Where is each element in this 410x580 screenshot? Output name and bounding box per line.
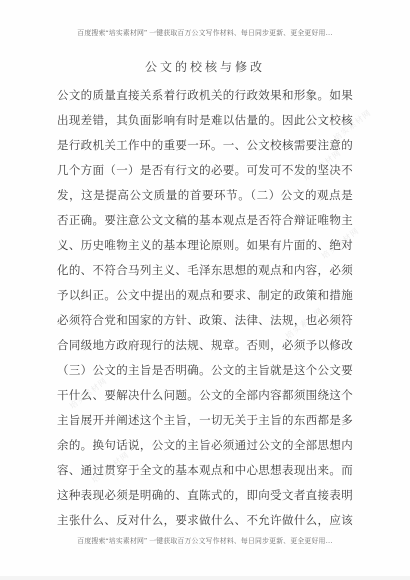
document-body: 公文的质量直接关系着行政机关的行政效果和形象。如果出现差错，其负面影响有时是难以… — [57, 84, 353, 534]
body-text-line: 主旨展开并阐述这个主旨，一切无关于主旨的东西都是多 — [57, 409, 353, 434]
body-text-line: 干什么、要解决什么问题。公文的全部内容都须围绕这个 — [57, 384, 353, 409]
body-text-line: 是行政机关工作中的重要一环。一、公文校核需要注意的 — [57, 134, 353, 159]
page-bottom-edge — [0, 576, 410, 580]
body-text-line: 出现差错，其负面影响有时是难以估量的。因此公文校核 — [57, 109, 353, 134]
body-text-line: 余的。换句话说，公文的主旨必须通过公文的全部思想内 — [57, 434, 353, 459]
body-text-line: 容、通过贯穿于全文的基本观点和中心思想表现出来。而 — [57, 459, 353, 484]
body-text-line: 合同级地方政府现行的法规、规章。否则，必须予以修改 — [57, 334, 353, 359]
footer-promo-text: 百度搜索“培实素材网” 一键获取百万公文写作材料、每日同步更新、更全更好用… — [60, 536, 350, 546]
body-text-line: 必须符合党和国家的方针、政策、法律、法规，也必须符 — [57, 309, 353, 334]
body-text-line: 公文的质量直接关系着行政机关的行政效果和形象。如果 — [57, 84, 353, 109]
header-promo-text: 百度搜索“培实素材网” 一键获取百万公文写作材料、每日同步更新、更全更好用… — [60, 28, 350, 38]
document-page: 百度搜索“培实素材网” 一键获取百万公文写作材料、每日同步更新、更全更好用… 培… — [0, 0, 410, 580]
body-text-line: 这种表现必须是明确的、直陈式的，即向受文者直接表明 — [57, 484, 353, 509]
body-text-line: 主张什么、反对什么，要求做什么、不允许做什么，应该 — [57, 509, 353, 534]
body-text-line: 否正确。要注意公文文稿的基本观点是否符合辩证唯物主 — [57, 209, 353, 234]
body-text-line: （三）公文的主旨是否明确。公文的主旨就是这个公文要 — [57, 359, 353, 384]
body-text-line: 义、历史唯物主义的基本理论原则。如果有片面的、绝对 — [57, 234, 353, 259]
page-title: 公文的校核与修改 — [0, 58, 410, 75]
body-text-line: 化的、不符合马列主义、毛泽东思想的观点和内容，必须 — [57, 259, 353, 284]
body-text-line: 几个方面（一）是否有行文的必要。可发可不发的坚决不 — [57, 159, 353, 184]
body-text-line: 发，这是提高公文质量的首要环节。（二）公文的观点是 — [57, 184, 353, 209]
body-text-line: 予以纠正。公文中提出的观点和要求、制定的政策和措施 — [57, 284, 353, 309]
